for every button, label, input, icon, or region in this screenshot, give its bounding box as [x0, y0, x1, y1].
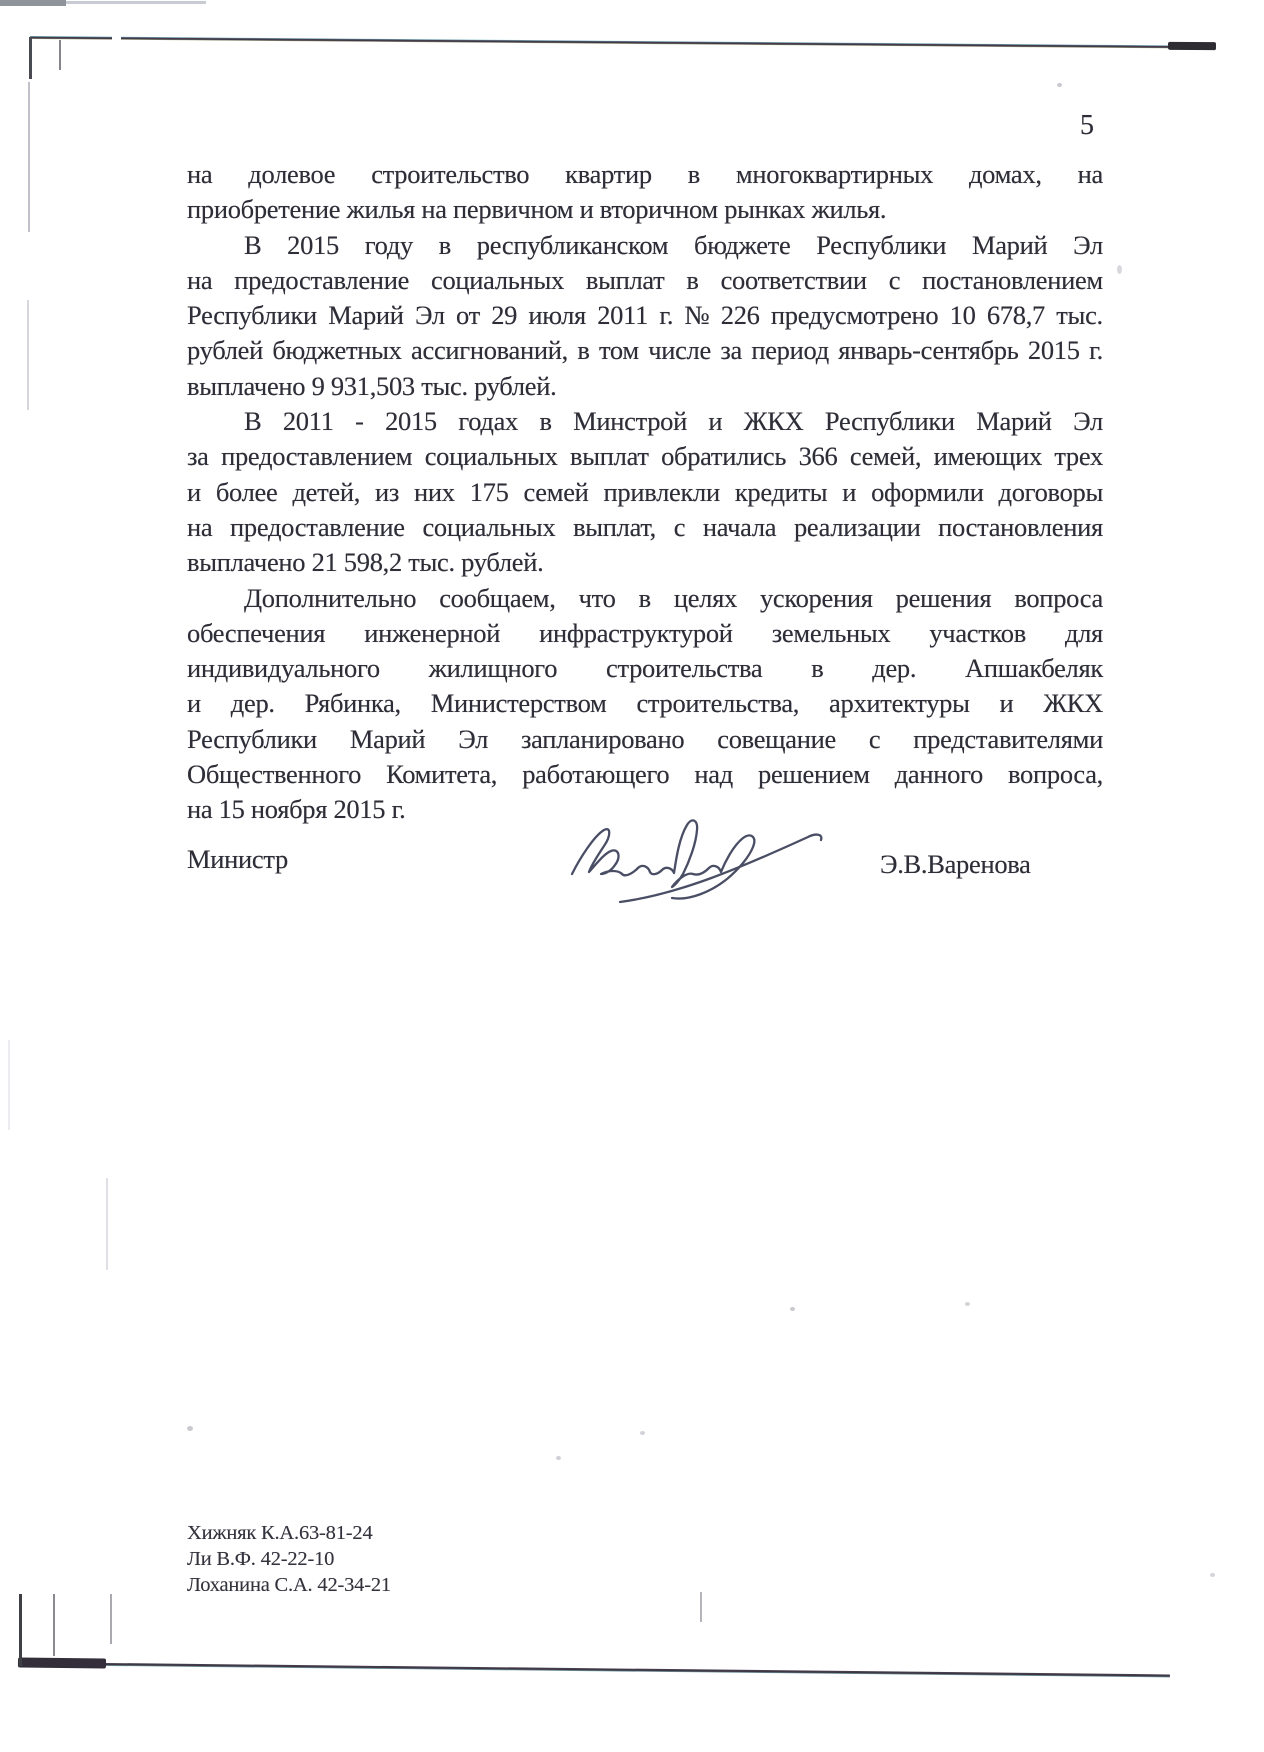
- scan-artifact-top-rule-blob: [1168, 42, 1216, 50]
- body-line: выплачено 21 598,2 тыс. рублей.: [187, 545, 1103, 580]
- signatory-name: Э.В.Варенова: [880, 849, 1031, 880]
- signature-icon: [560, 810, 840, 910]
- scan-artifact-bottom-tick-4: [700, 1592, 702, 1622]
- scan-speck: [1210, 1573, 1215, 1577]
- scan-artifact-bottom-tick-3: [110, 1594, 112, 1644]
- body-line: ОбщественногоКомитета,работающегонадреше…: [187, 757, 1103, 792]
- scan-artifact-left-streak: [28, 82, 30, 232]
- body-line: индивидуальногожилищногостроительствавде…: [187, 651, 1103, 686]
- body-line: идер.Рябинка,Министерствомстроительства,…: [187, 686, 1103, 721]
- scan-artifact-left-streak-3: [8, 1040, 10, 1130]
- body-line: рублейбюджетныхассигнований,втомчислезап…: [187, 333, 1103, 368]
- scan-artifact-bottom-blob: [18, 1658, 106, 1669]
- letter-body: надолевоестроительствоквартирвмногокварт…: [187, 157, 1103, 828]
- body-line: Дополнительносообщаем,чтовцеляхускорения…: [187, 581, 1103, 616]
- scan-speck: [1117, 265, 1122, 274]
- body-line: иболеедетей,изних175семейпривлекликредит…: [187, 475, 1103, 510]
- contact-line: Хижняк К.А.63-81-24: [187, 1521, 391, 1547]
- scan-speck: [556, 1456, 561, 1460]
- scan-speck: [640, 1431, 645, 1435]
- scan-speck: [1057, 83, 1062, 87]
- scan-artifact-bottom-tick-2: [53, 1594, 55, 1656]
- page-number: 5: [1080, 110, 1094, 142]
- body-line: приобретение жилья на первичном и вторич…: [187, 192, 1103, 227]
- scan-artifact-bottom-rule: [18, 1662, 1170, 1677]
- body-line: РеспубликиМарийЭлзапланированосовещаниес…: [187, 722, 1103, 757]
- scan-artifact-top-edge: [0, 0, 66, 6]
- scan-speck: [965, 1302, 970, 1306]
- body-line: выплачено 9 931,503 тыс. рублей.: [187, 369, 1103, 404]
- contact-line: Лоханина С.А. 42-34-21: [187, 1573, 391, 1599]
- body-line: напредоставлениесоциальныхвыплатвсоответ…: [187, 263, 1103, 298]
- scan-artifact-top-edge-faint: [66, 1, 206, 4]
- body-line: запредоставлениемсоциальныхвыплатобратил…: [187, 439, 1103, 474]
- scan-artifact-top-rule: [30, 36, 1216, 49]
- body-line: В2015годувреспубликанскомбюджетеРеспубли…: [187, 228, 1103, 263]
- contacts-block: Хижняк К.А.63-81-24 Ли В.Ф. 42-22-10 Лох…: [187, 1521, 391, 1598]
- scan-artifact-left-streak-4: [106, 1178, 108, 1270]
- scan-artifact-top-rule-gap: [112, 34, 121, 41]
- scanned-letter-page: 5 надолевоестроительствоквартирвмногоква…: [0, 0, 1264, 1752]
- body-line: напредоставлениесоциальныхвыплат,сначала…: [187, 510, 1103, 545]
- signatory-role: Министр: [187, 844, 288, 875]
- body-line: обеспеченияинженернойинфраструктуройземе…: [187, 616, 1103, 651]
- contact-line: Ли В.Ф. 42-22-10: [187, 1547, 391, 1573]
- body-line: надолевоестроительствоквартирвмногокварт…: [187, 157, 1103, 192]
- scan-artifact-left-tick: [29, 37, 32, 79]
- body-line: В2011-2015годахвМинстройиЖКХРеспубликиМа…: [187, 404, 1103, 439]
- scan-artifact-left-tick-2: [59, 40, 61, 70]
- body-line: РеспубликиМарийЭлот29июля2011г.№226преду…: [187, 298, 1103, 333]
- scan-artifact-bottom-tick: [19, 1594, 22, 1666]
- scan-speck: [790, 1307, 795, 1311]
- scan-artifact-left-streak-2: [27, 300, 29, 410]
- scan-speck: [187, 1426, 193, 1431]
